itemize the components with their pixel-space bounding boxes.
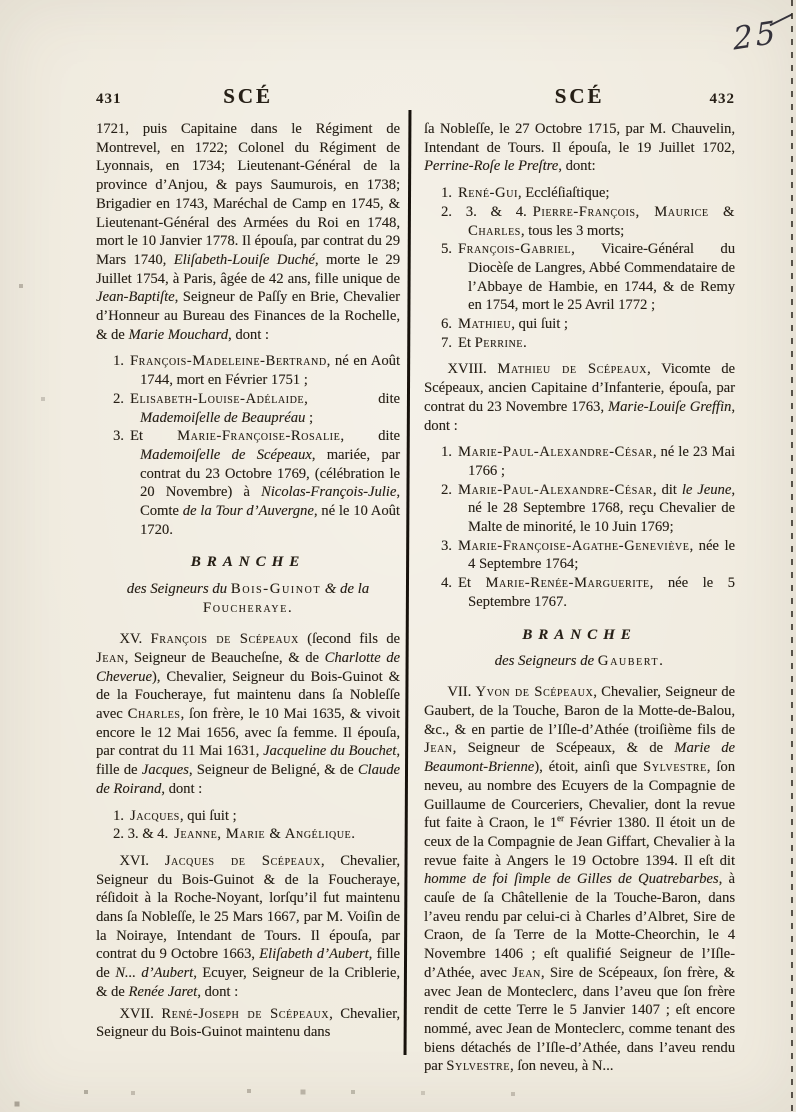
- branch-subtitle: des Seigneurs du Bois-Guinot & de la Fou…: [96, 580, 400, 618]
- section-xviii-paragraph: XVIII. Mathieu de Scépeaux, Vicomte de S…: [424, 360, 735, 435]
- list-item-number: 5.: [441, 241, 452, 257]
- list-item: 3.Et Marie-Françoise-Rosalie, dite Madem…: [96, 427, 400, 539]
- children-list-3: 1.René-Gui, Eccléſiaſtique; 2. 3. & 4.Pi…: [424, 184, 735, 352]
- list-item-number: 3.: [441, 538, 452, 554]
- list-item-text: Et Marie-Françoise-Rosalie, dite Mademoi…: [130, 428, 400, 538]
- list-item-number: 1.: [113, 353, 124, 369]
- list-item-number: 2. 3. & 4.: [441, 204, 527, 220]
- section-xvii-paragraph: XVII. René-Joseph de Scépeaux, Chevalier…: [96, 1005, 400, 1042]
- section-vii-paragraph: VII. Yvon de Scépeaux, Chevalier, Seigne…: [424, 683, 735, 1076]
- list-item: 6.Mathieu, qui ſuit ;: [424, 315, 735, 334]
- list-item-text: Marie-Paul-Alexandre-César, né le 23 Mai…: [458, 444, 735, 479]
- children-list-4: 1.Marie-Paul-Alexandre-César, né le 23 M…: [424, 443, 735, 611]
- list-item: 2.Marie-Paul-Alexandre-César, dit le Jeu…: [424, 481, 735, 537]
- list-item-text: François-Gabriel, Vicaire-Général du Dio…: [458, 241, 735, 313]
- list-item: 2.Elisabeth-Louise-Adélaide, dite Mademo…: [96, 390, 400, 427]
- list-item-text: Marie-Paul-Alexandre-César, dit le Jeune…: [458, 482, 735, 535]
- list-item-text: Jacques, qui ſuit ;: [130, 808, 237, 824]
- list-item-number: 1.: [441, 444, 452, 460]
- list-item: 2. 3. & 4.Pierre-François, Maurice & Cha…: [424, 203, 735, 240]
- list-item: 1.François-Madeleine-Bertrand, né en Aoû…: [96, 352, 400, 389]
- list-item-number: 2.: [441, 482, 452, 498]
- scan-edge-dashed-line: [791, 0, 793, 1112]
- list-item-number: 1.: [441, 185, 452, 201]
- scanned-book-page: 25 431 SCÉ 1721, puis Capitaine dans le …: [0, 0, 796, 1112]
- list-item-number: 6.: [441, 316, 452, 332]
- section-xv-paragraph: XV. François de Scépeaux (ſecond fils de…: [96, 630, 400, 798]
- list-item: 5.François-Gabriel, Vicaire-Général du D…: [424, 240, 735, 315]
- list-item: 1.Marie-Paul-Alexandre-César, né le 23 M…: [424, 443, 735, 480]
- list-item: 1.René-Gui, Eccléſiaſtique;: [424, 184, 735, 203]
- list-item-text: Jeanne, Marie & Angélique.: [174, 826, 355, 842]
- list-item-number: 2. 3. & 4.: [113, 826, 168, 842]
- section-xvi-paragraph: XVI. Jacques de Scépeaux, Chevalier, Sei…: [96, 852, 400, 1002]
- list-item: 2. 3. & 4.Jeanne, Marie & Angélique.: [96, 825, 400, 844]
- list-item-text: François-Madeleine-Bertrand, né en Août …: [130, 353, 400, 388]
- right-column: SCÉ 432 ſa Nobleſſe, le 27 Octobre 1715,…: [424, 84, 735, 1076]
- left-column-body: 1721, puis Capitaine dans le Régiment de…: [96, 120, 400, 1042]
- list-item: 1.Jacques, qui ſuit ;: [96, 807, 400, 826]
- children-list-2: 1.Jacques, qui ſuit ; 2. 3. & 4.Jeanne, …: [96, 807, 400, 844]
- list-item-number: 7.: [441, 335, 452, 351]
- branch-subtitle: des Seigneurs de Gaubert.: [424, 652, 735, 671]
- list-item-text: Mathieu, qui ſuit ;: [458, 316, 568, 332]
- intro-continuation-paragraph: 1721, puis Capitaine dans le Régiment de…: [96, 120, 400, 344]
- column-divider-rule: [404, 110, 412, 1055]
- list-item-text: Et Perrine.: [458, 335, 527, 351]
- scan-noise-speckles: [0, 0, 2, 2]
- children-list-1: 1.François-Madeleine-Bertrand, né en Aoû…: [96, 352, 400, 539]
- list-item: 7.Et Perrine.: [424, 334, 735, 353]
- running-head-left: SCÉ: [223, 84, 273, 109]
- list-item-number: 1.: [113, 808, 124, 824]
- running-head-right: SCÉ: [555, 84, 605, 109]
- list-item: 3.Marie-Françoise-Agathe-Geneviève, née …: [424, 537, 735, 574]
- handwritten-page-number: 25: [732, 14, 779, 57]
- list-item-text: René-Gui, Eccléſiaſtique;: [458, 185, 610, 201]
- list-item-number: 4.: [441, 575, 452, 591]
- section-xvii-continuation: ſa Nobleſſe, le 27 Octobre 1715, par M. …: [424, 120, 735, 176]
- list-item-text: Elisabeth-Louise-Adélaide, dite Mademoiſ…: [130, 391, 400, 426]
- list-item-text: Et Marie-Renée-Marguerite, née le 5 Sept…: [458, 575, 735, 610]
- left-column-header: 431 SCÉ: [96, 84, 400, 109]
- right-column-body: ſa Nobleſſe, le 27 Octobre 1715, par M. …: [424, 120, 735, 1076]
- right-column-header: SCÉ 432: [424, 84, 735, 109]
- branch-heading: BRANCHE: [424, 626, 735, 645]
- list-item-number: 2.: [113, 391, 124, 407]
- branch-heading: BRANCHE: [96, 553, 400, 572]
- page-number-right: 432: [710, 91, 736, 108]
- list-item-text: Marie-Françoise-Agathe-Geneviève, née le…: [458, 538, 735, 573]
- left-column: 431 SCÉ 1721, puis Capitaine dans le Rég…: [96, 84, 400, 1042]
- list-item-number: 3.: [113, 428, 124, 444]
- list-item: 4.Et Marie-Renée-Marguerite, née le 5 Se…: [424, 574, 735, 611]
- page-number-left: 431: [96, 91, 122, 108]
